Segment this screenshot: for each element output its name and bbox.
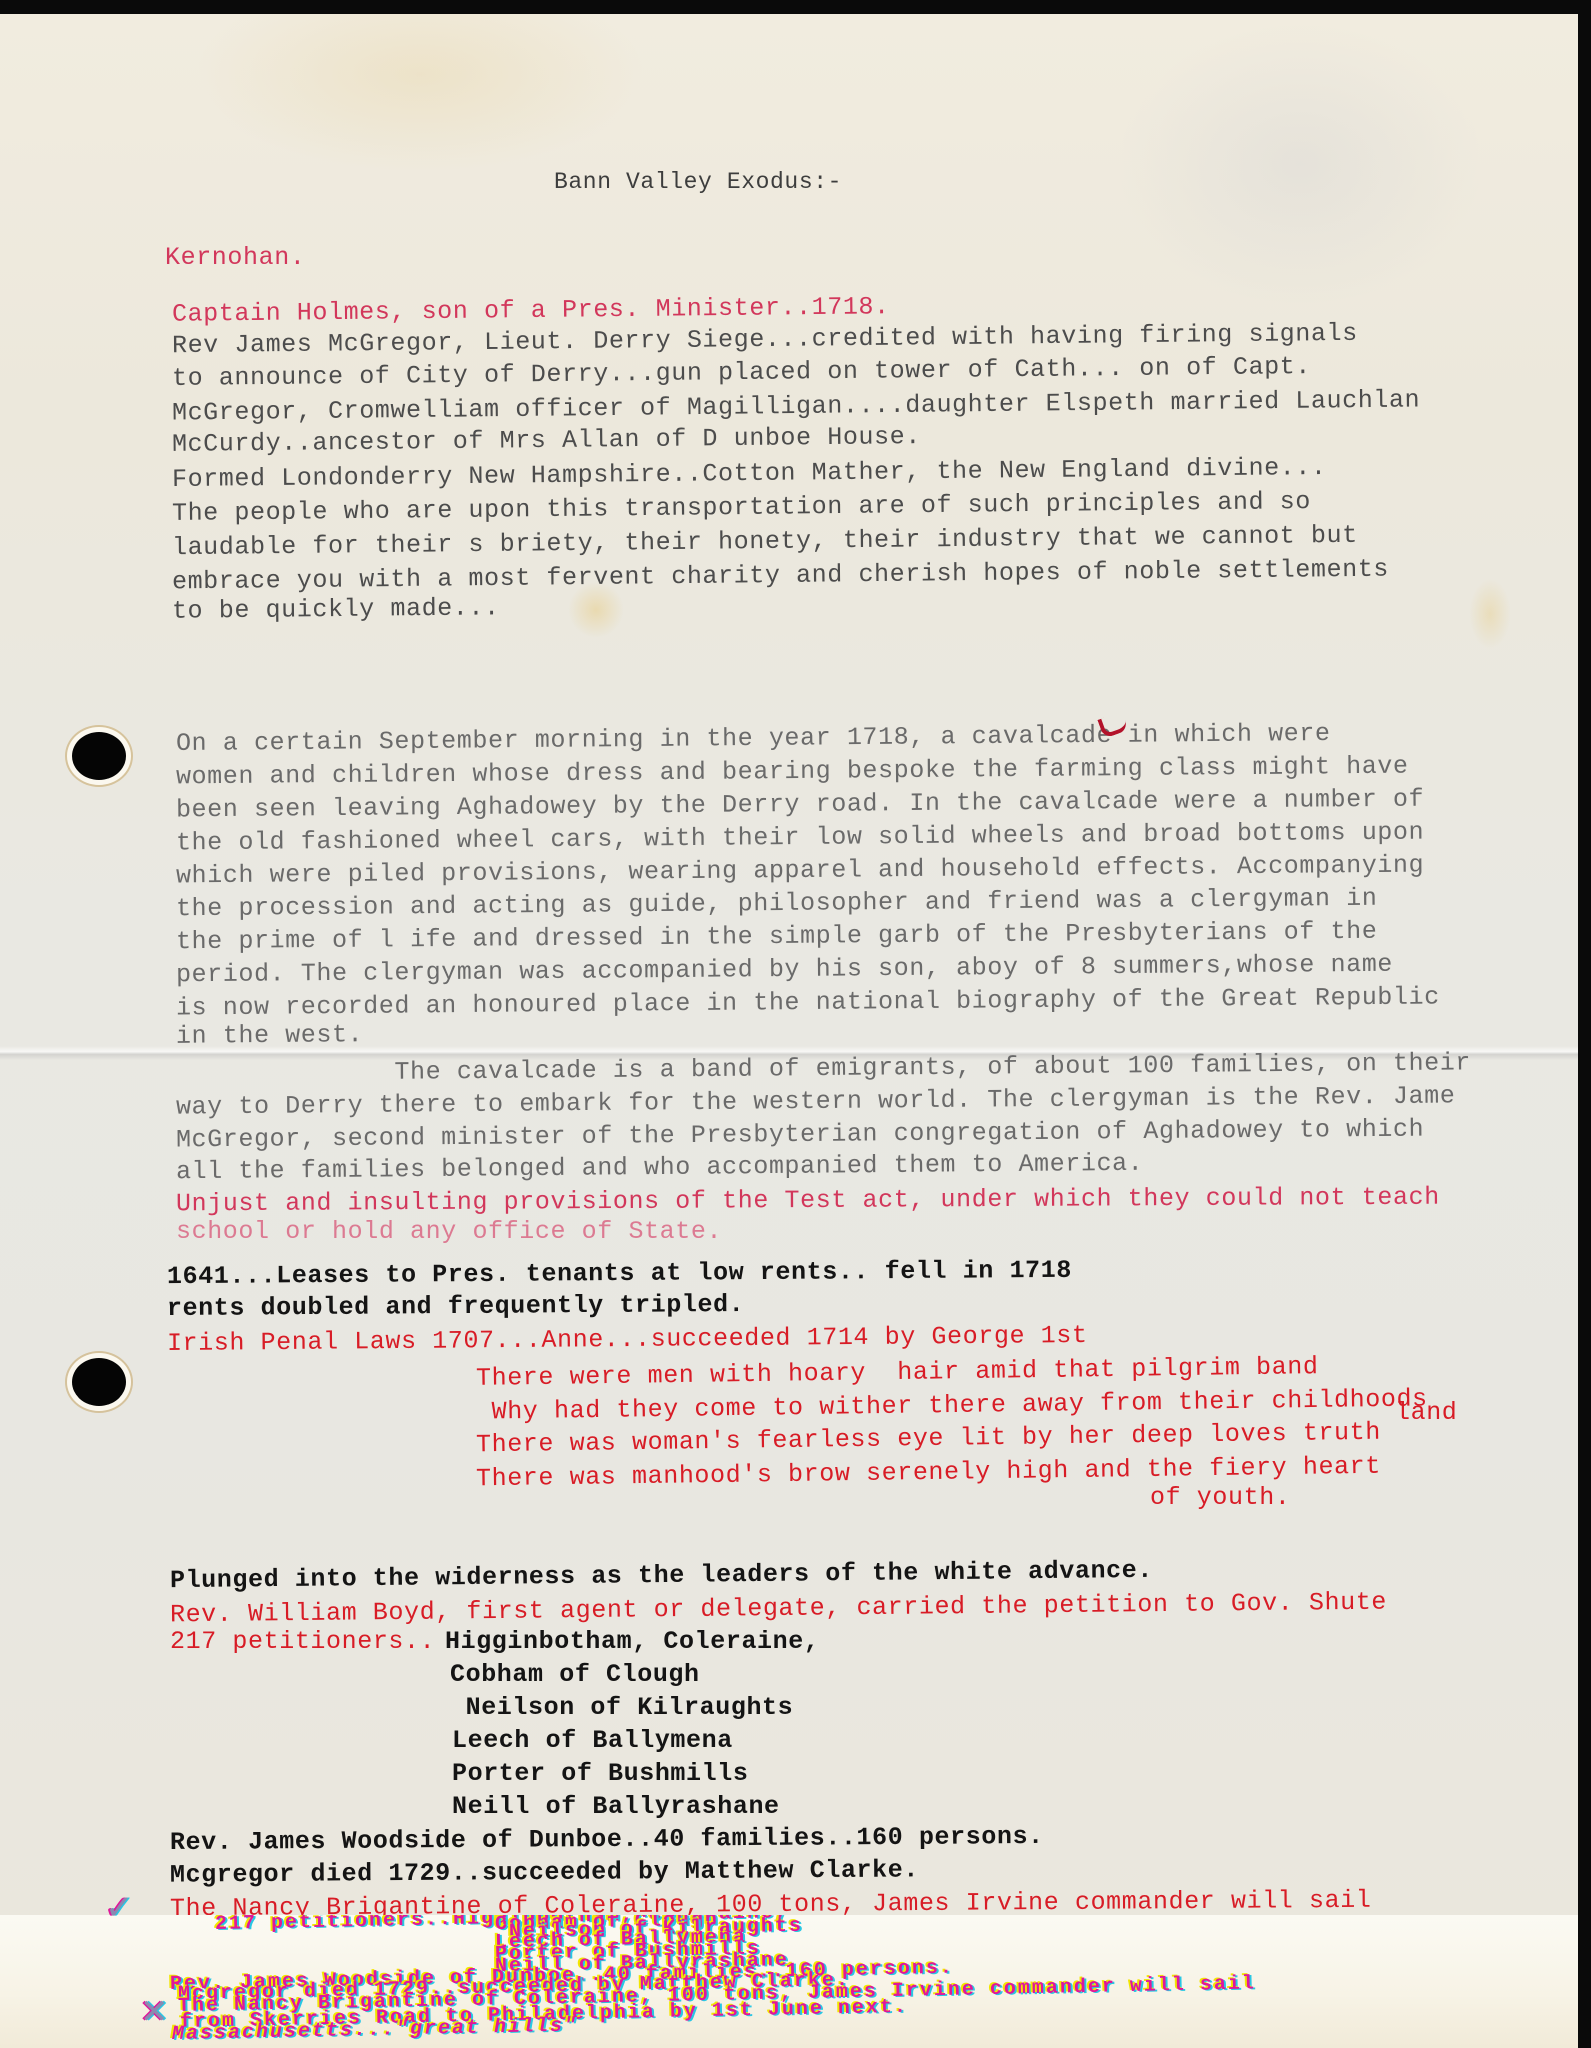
punch-hole-bottom (72, 1358, 126, 1406)
text-line: to be quickly made... (172, 593, 500, 626)
author-heading: Kernohan. (165, 243, 305, 273)
woodside-line: Rev. James Woodside of Dunboe..40 famili… (170, 1822, 1044, 1858)
petitioner-item: Porter of Bushmills (452, 1759, 748, 1789)
poem-line-wrap: of youth. (1150, 1483, 1290, 1513)
leases-line: 1641...Leases to Pres. tenants at low re… (167, 1256, 1072, 1292)
rents-line: rents doubled and frequently tripled. (167, 1290, 744, 1324)
petitioners-label: 217 petitioners.. (170, 1627, 435, 1657)
punch-hole-top (72, 732, 126, 780)
document-title: Bann Valley Exodus:- (554, 167, 842, 197)
test-act-line: school or hold any office of State. (176, 1217, 722, 1247)
checkmark-icon: ✓ (105, 1888, 134, 1928)
petitioner-item: Leech of Ballymena (452, 1726, 733, 1756)
petitioner-item: Neill of Ballyrashane (452, 1792, 780, 1822)
cross-mark-icon: ✕ (140, 1992, 169, 2032)
scan-artifact-strip: 217 petitioners..Higginbotham, Coleraine… (0, 1915, 1578, 2048)
poem-line-wrap: land (1395, 1398, 1457, 1428)
petitioner-item: Neilson of Kilraughts (450, 1693, 793, 1723)
petitioner-item: Higginbotham, Coleraine, (445, 1627, 819, 1657)
text-line: in the west. (176, 1020, 363, 1052)
petitioner-item: Cobham of Clough (450, 1660, 700, 1690)
mcgregor-died-line: Mcgregor died 1729..succeeded by Matthew… (170, 1855, 919, 1890)
